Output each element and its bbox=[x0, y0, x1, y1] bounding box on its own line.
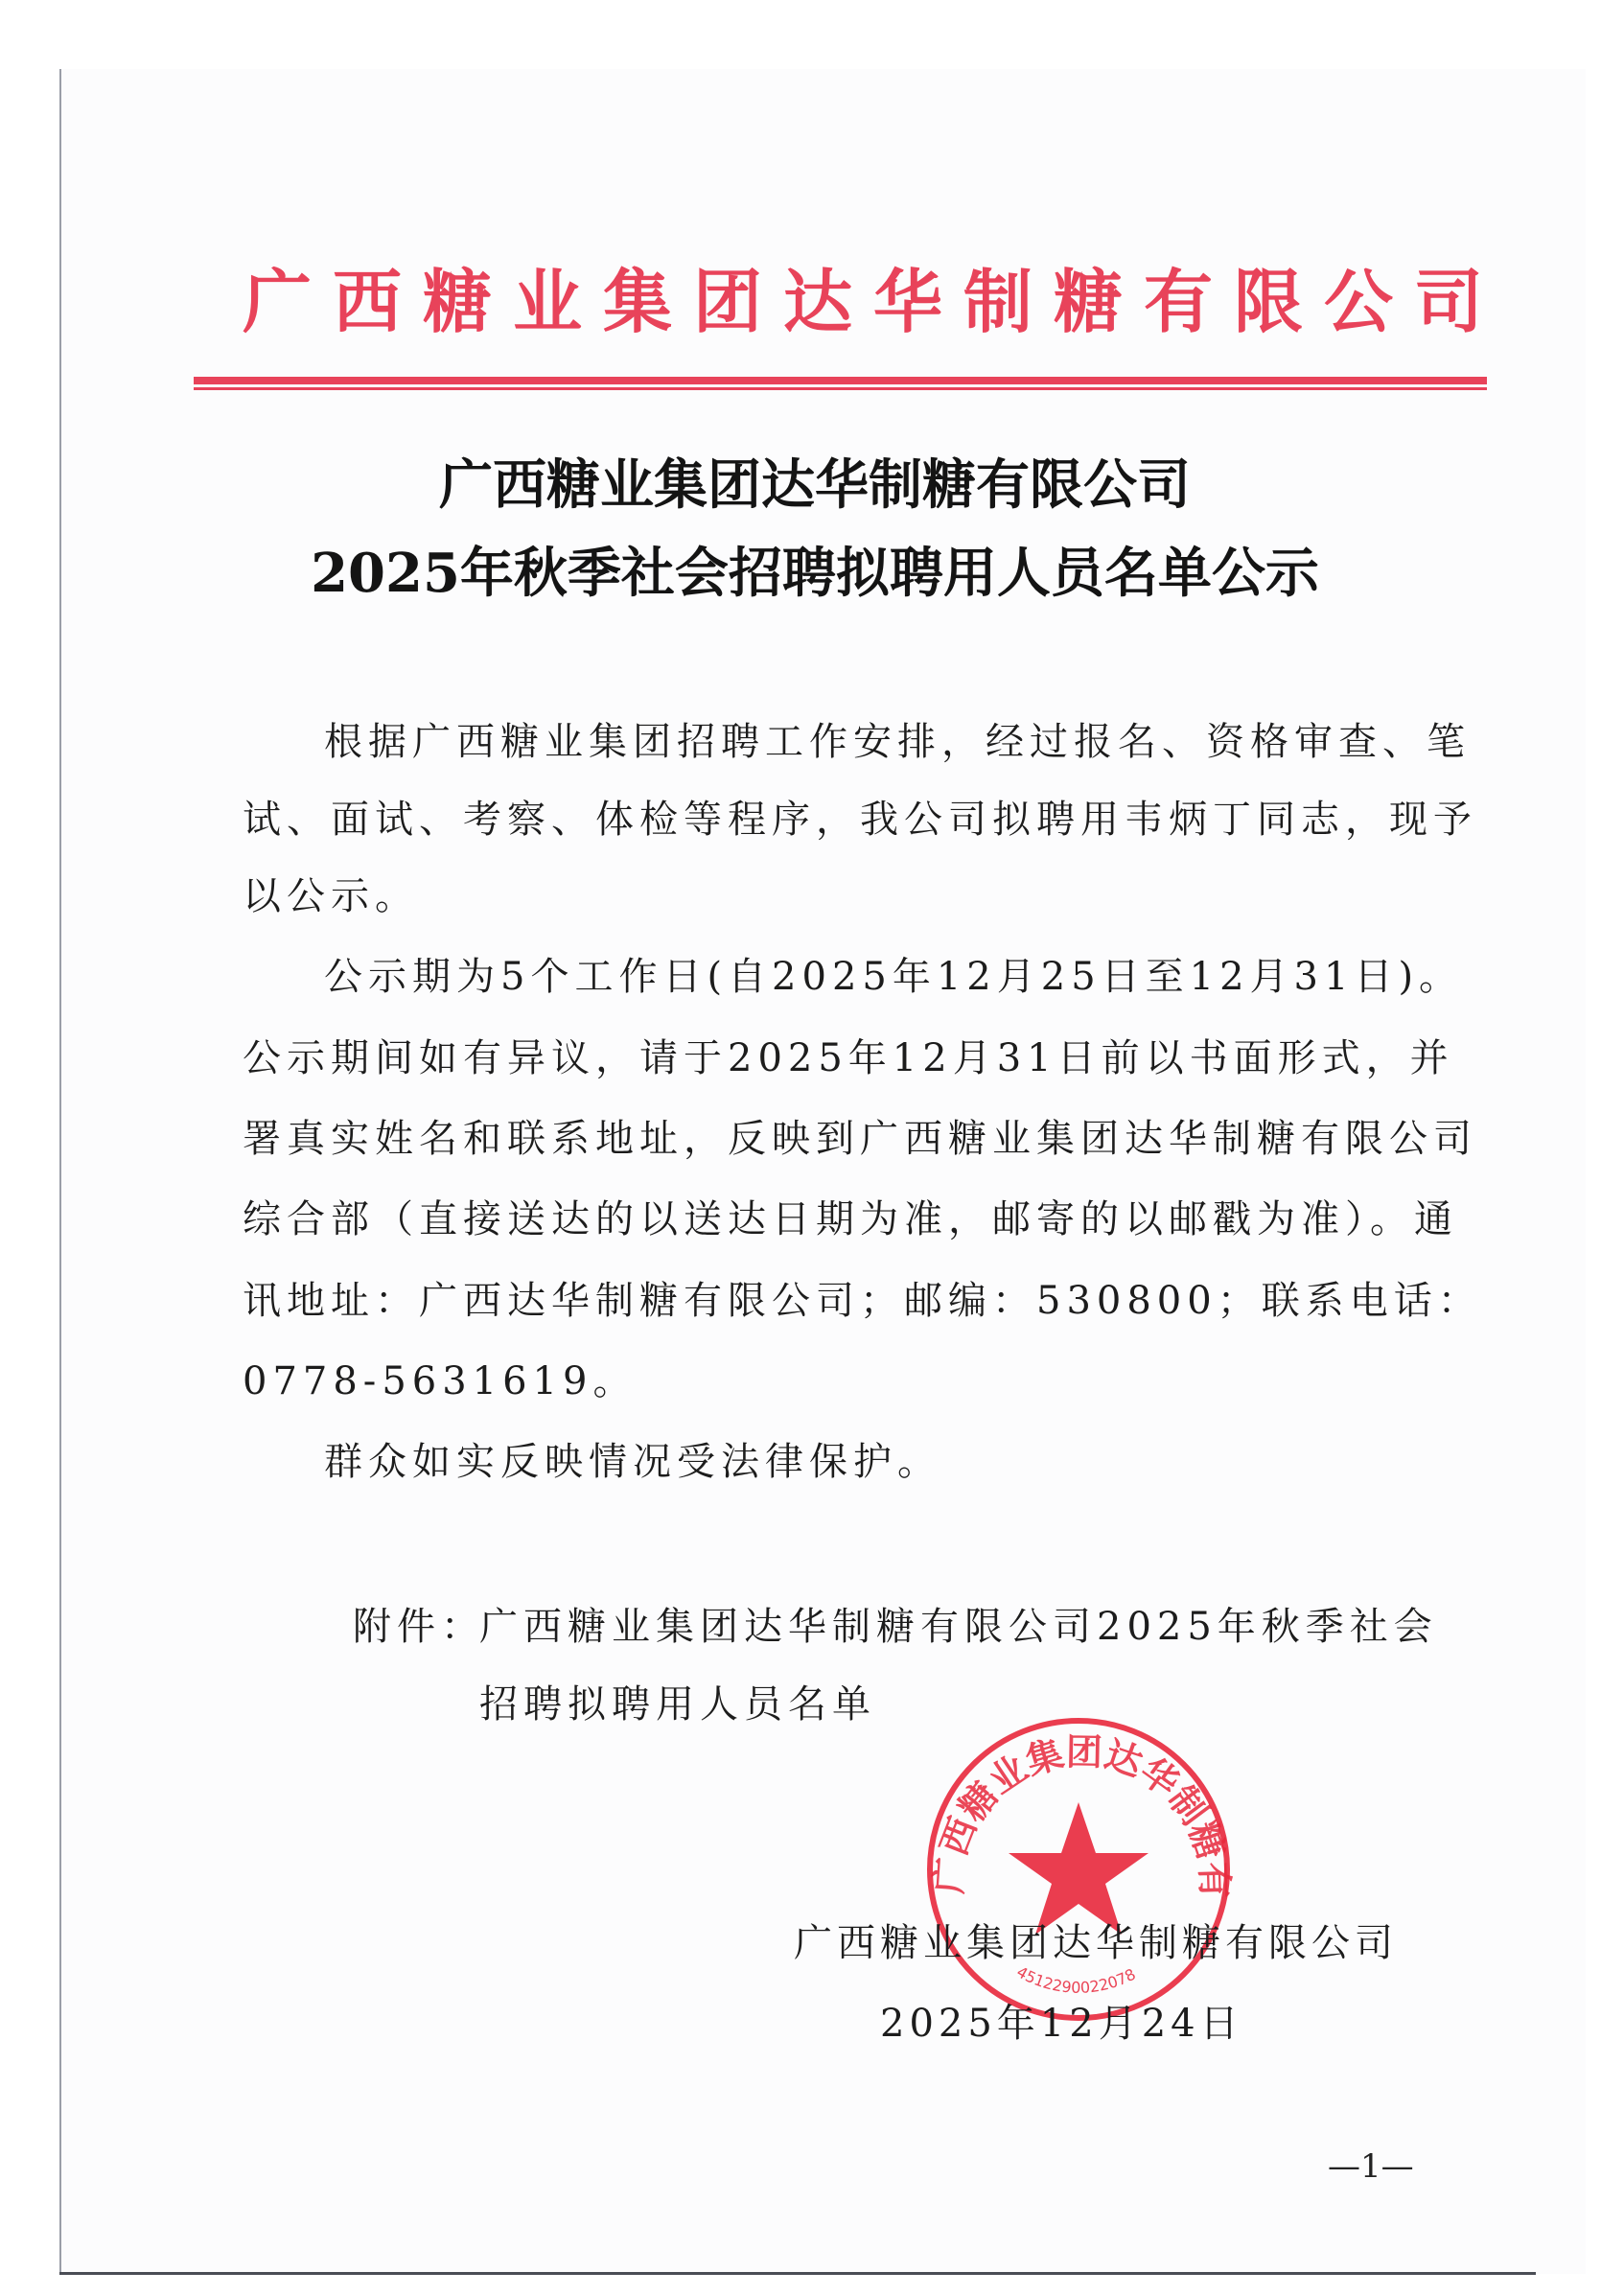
body-line: 0778-5631619。 bbox=[243, 1355, 637, 1408]
letterhead-company-name: 广西糖业集团达华制糖有限公司 bbox=[243, 259, 1404, 345]
signature-organization: 广西糖业集团达华制糖有限公司 bbox=[794, 1916, 1398, 1970]
attachment-line-1[interactable]: 广西糖业集团达华制糖有限公司2025年秋季社会 bbox=[479, 1600, 1438, 1654]
body-line: 综合部（直接送达的以送达日期为准，邮寄的以邮戳为准）。通 bbox=[243, 1193, 1458, 1246]
page-bottom-edge bbox=[59, 2272, 1536, 2275]
body-line: 群众如实反映情况受法律保护。 bbox=[324, 1435, 941, 1489]
body-line: 以公示。 bbox=[243, 869, 419, 923]
signature-date: 2025年12月24日 bbox=[880, 1997, 1243, 2051]
attachment-line-2[interactable]: 招聘拟聘用人员名单 bbox=[479, 1678, 876, 1731]
body-line: 署真实姓名和联系地址，反映到广西糖业集团达华制糖有限公司 bbox=[243, 1112, 1477, 1166]
body-line: 公示期间如有异议，请于2025年12月31日前以书面形式，并 bbox=[243, 1032, 1454, 1085]
star-icon bbox=[1009, 1802, 1148, 1935]
letterhead-divider-thin bbox=[194, 387, 1487, 390]
document-title-line-2: 2025年秋季社会招聘拟聘用人员名单公示 bbox=[192, 540, 1438, 607]
page-number: —1— bbox=[1328, 2147, 1414, 2186]
body-line: 讯地址：广西达华制糖有限公司；邮编：530800；联系电话： bbox=[243, 1274, 1482, 1328]
body-line: 公示期为5个工作日(自2025年12月25日至12月31日)。 bbox=[324, 950, 1463, 1004]
official-stamp: 广西糖业集团达华制糖有限公司 4512290022078 bbox=[920, 1711, 1237, 2028]
body-line: 试、面试、考察、体检等程序，我公司拟聘用韦炳丁同志，现予 bbox=[243, 793, 1477, 846]
attachment-label: 附件： bbox=[353, 1600, 485, 1654]
letterhead-divider-thick bbox=[194, 377, 1487, 384]
document-title-line-1: 广西糖业集团达华制糖有限公司 bbox=[192, 452, 1438, 519]
body-line: 根据广西糖业集团招聘工作安排，经过报名、资格审查、笔 bbox=[324, 715, 1471, 769]
